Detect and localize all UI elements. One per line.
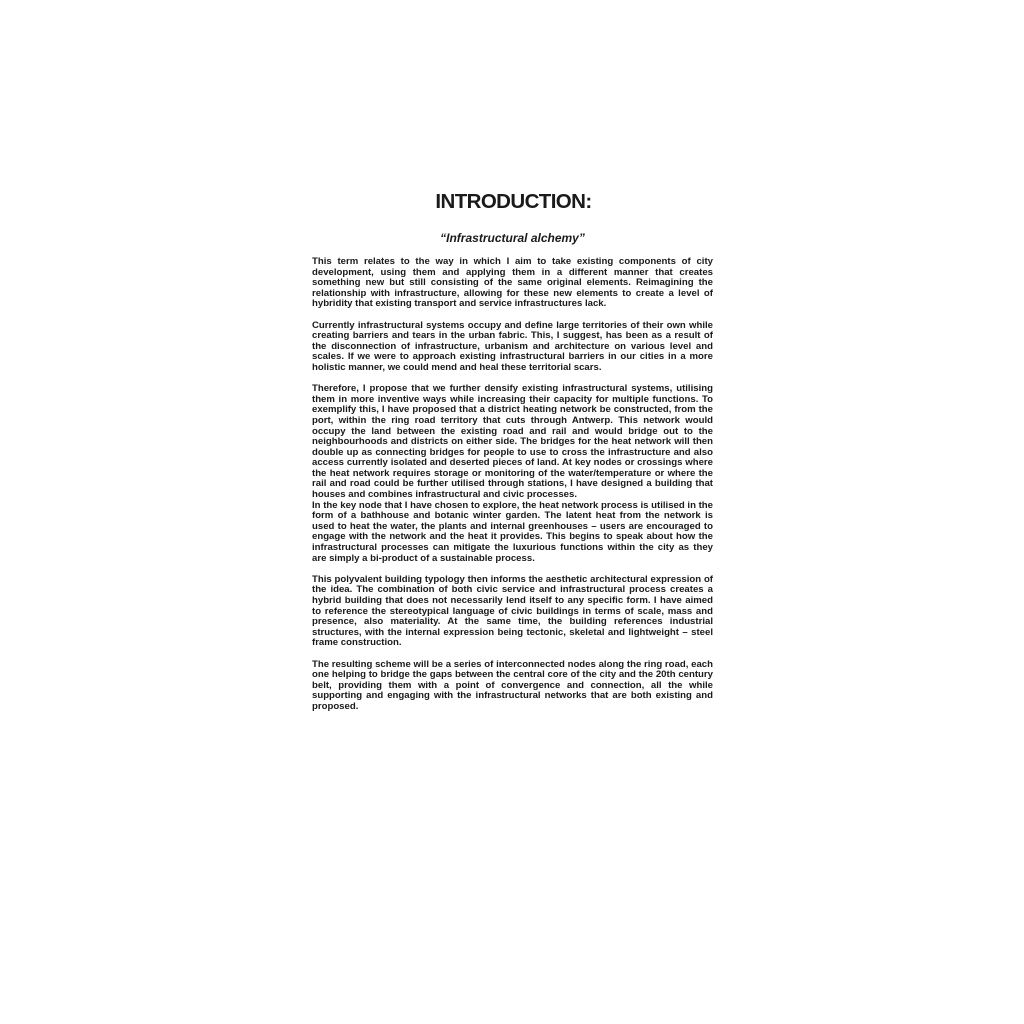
paragraph-term-definition: This term relates to the way in which I … [312, 257, 713, 310]
paragraph-current-systems: Currently infrastructural systems occupy… [312, 321, 713, 374]
paragraph-building-typology: This polyvalent building typology then i… [312, 575, 713, 649]
paragraph-key-node: In the key node that I have chosen to ex… [312, 501, 713, 565]
document-page: INTRODUCTION: “Infrastructural alchemy” … [312, 190, 713, 723]
paragraph-proposal: Therefore, I propose that we further den… [312, 384, 713, 501]
page-title: INTRODUCTION: [312, 190, 713, 214]
paragraph-resulting-scheme: The resulting scheme will be a series of… [312, 660, 713, 713]
page-subtitle: “Infrastructural alchemy” [312, 231, 713, 245]
